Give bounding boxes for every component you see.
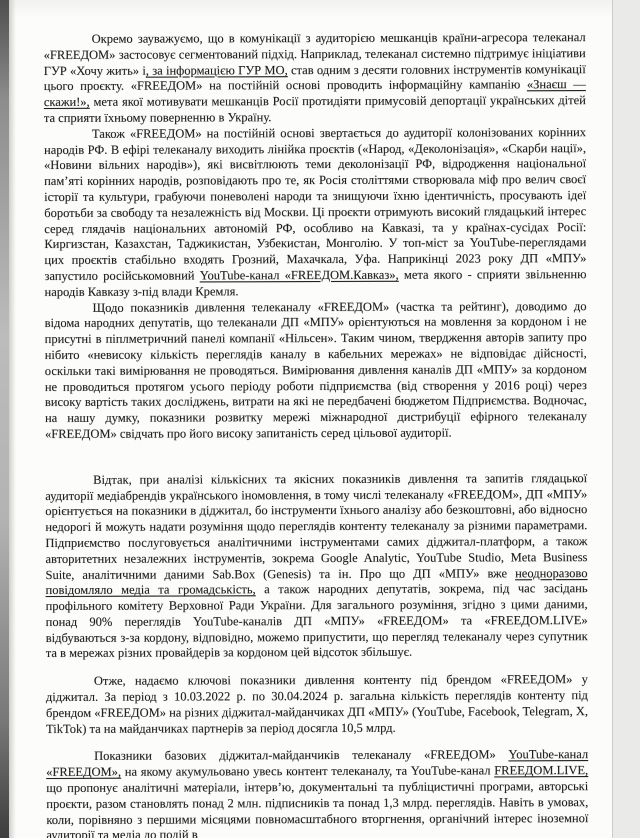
paragraph: Відтак, при аналізі кількісних та якісни… <box>45 471 588 662</box>
paragraph: Окремо зауважуємо, що в комунікації з ау… <box>44 30 586 127</box>
text-run: на якому акумульовано увесь контент теле… <box>121 764 494 779</box>
underlined-text: YouTube-канал «FREEДОМ.Кавказ», <box>200 268 399 283</box>
underlined-text: FREEДОМ.LIVE, <box>494 763 588 777</box>
text-run: мета якої мотивувати мешканців Росії про… <box>44 93 586 125</box>
underlined-text: , за інформацією ГУР МО, <box>146 63 288 77</box>
text-run: Також «FREEДОМ» на постійній основі звер… <box>44 125 586 283</box>
paragraph: Щодо показників дивлення телеканалу «FRE… <box>45 299 587 443</box>
document-body: Окремо зауважуємо, що в комунікації з ау… <box>44 30 589 838</box>
scanned-page: Окремо зауважуємо, що в комунікації з ау… <box>0 0 640 838</box>
paragraph: Також «FREEДОМ» на постійній основі звер… <box>44 125 587 301</box>
text-run: що пропонує аналітичні матеріали, інтерв… <box>46 779 588 838</box>
text-run: Отже, надаємо ключові показники дивлення… <box>46 672 588 735</box>
scan-right-margin <box>612 0 640 838</box>
scan-left-edge <box>0 0 9 838</box>
paragraph: Отже, надаємо ключові показники дивлення… <box>46 672 588 737</box>
scan-left-edge-shadow <box>9 0 16 838</box>
paragraph: Показники базових діджитал-майданчиків т… <box>46 748 588 838</box>
text-run: Відтак, при аналізі кількісних та якісни… <box>45 471 587 582</box>
document-page: Окремо зауважуємо, що в комунікації з ау… <box>9 0 612 838</box>
text-run: Показники базових діджитал-майданчиків т… <box>94 748 508 763</box>
text-run: Щодо показників дивлення телеканалу «FRE… <box>45 299 587 441</box>
